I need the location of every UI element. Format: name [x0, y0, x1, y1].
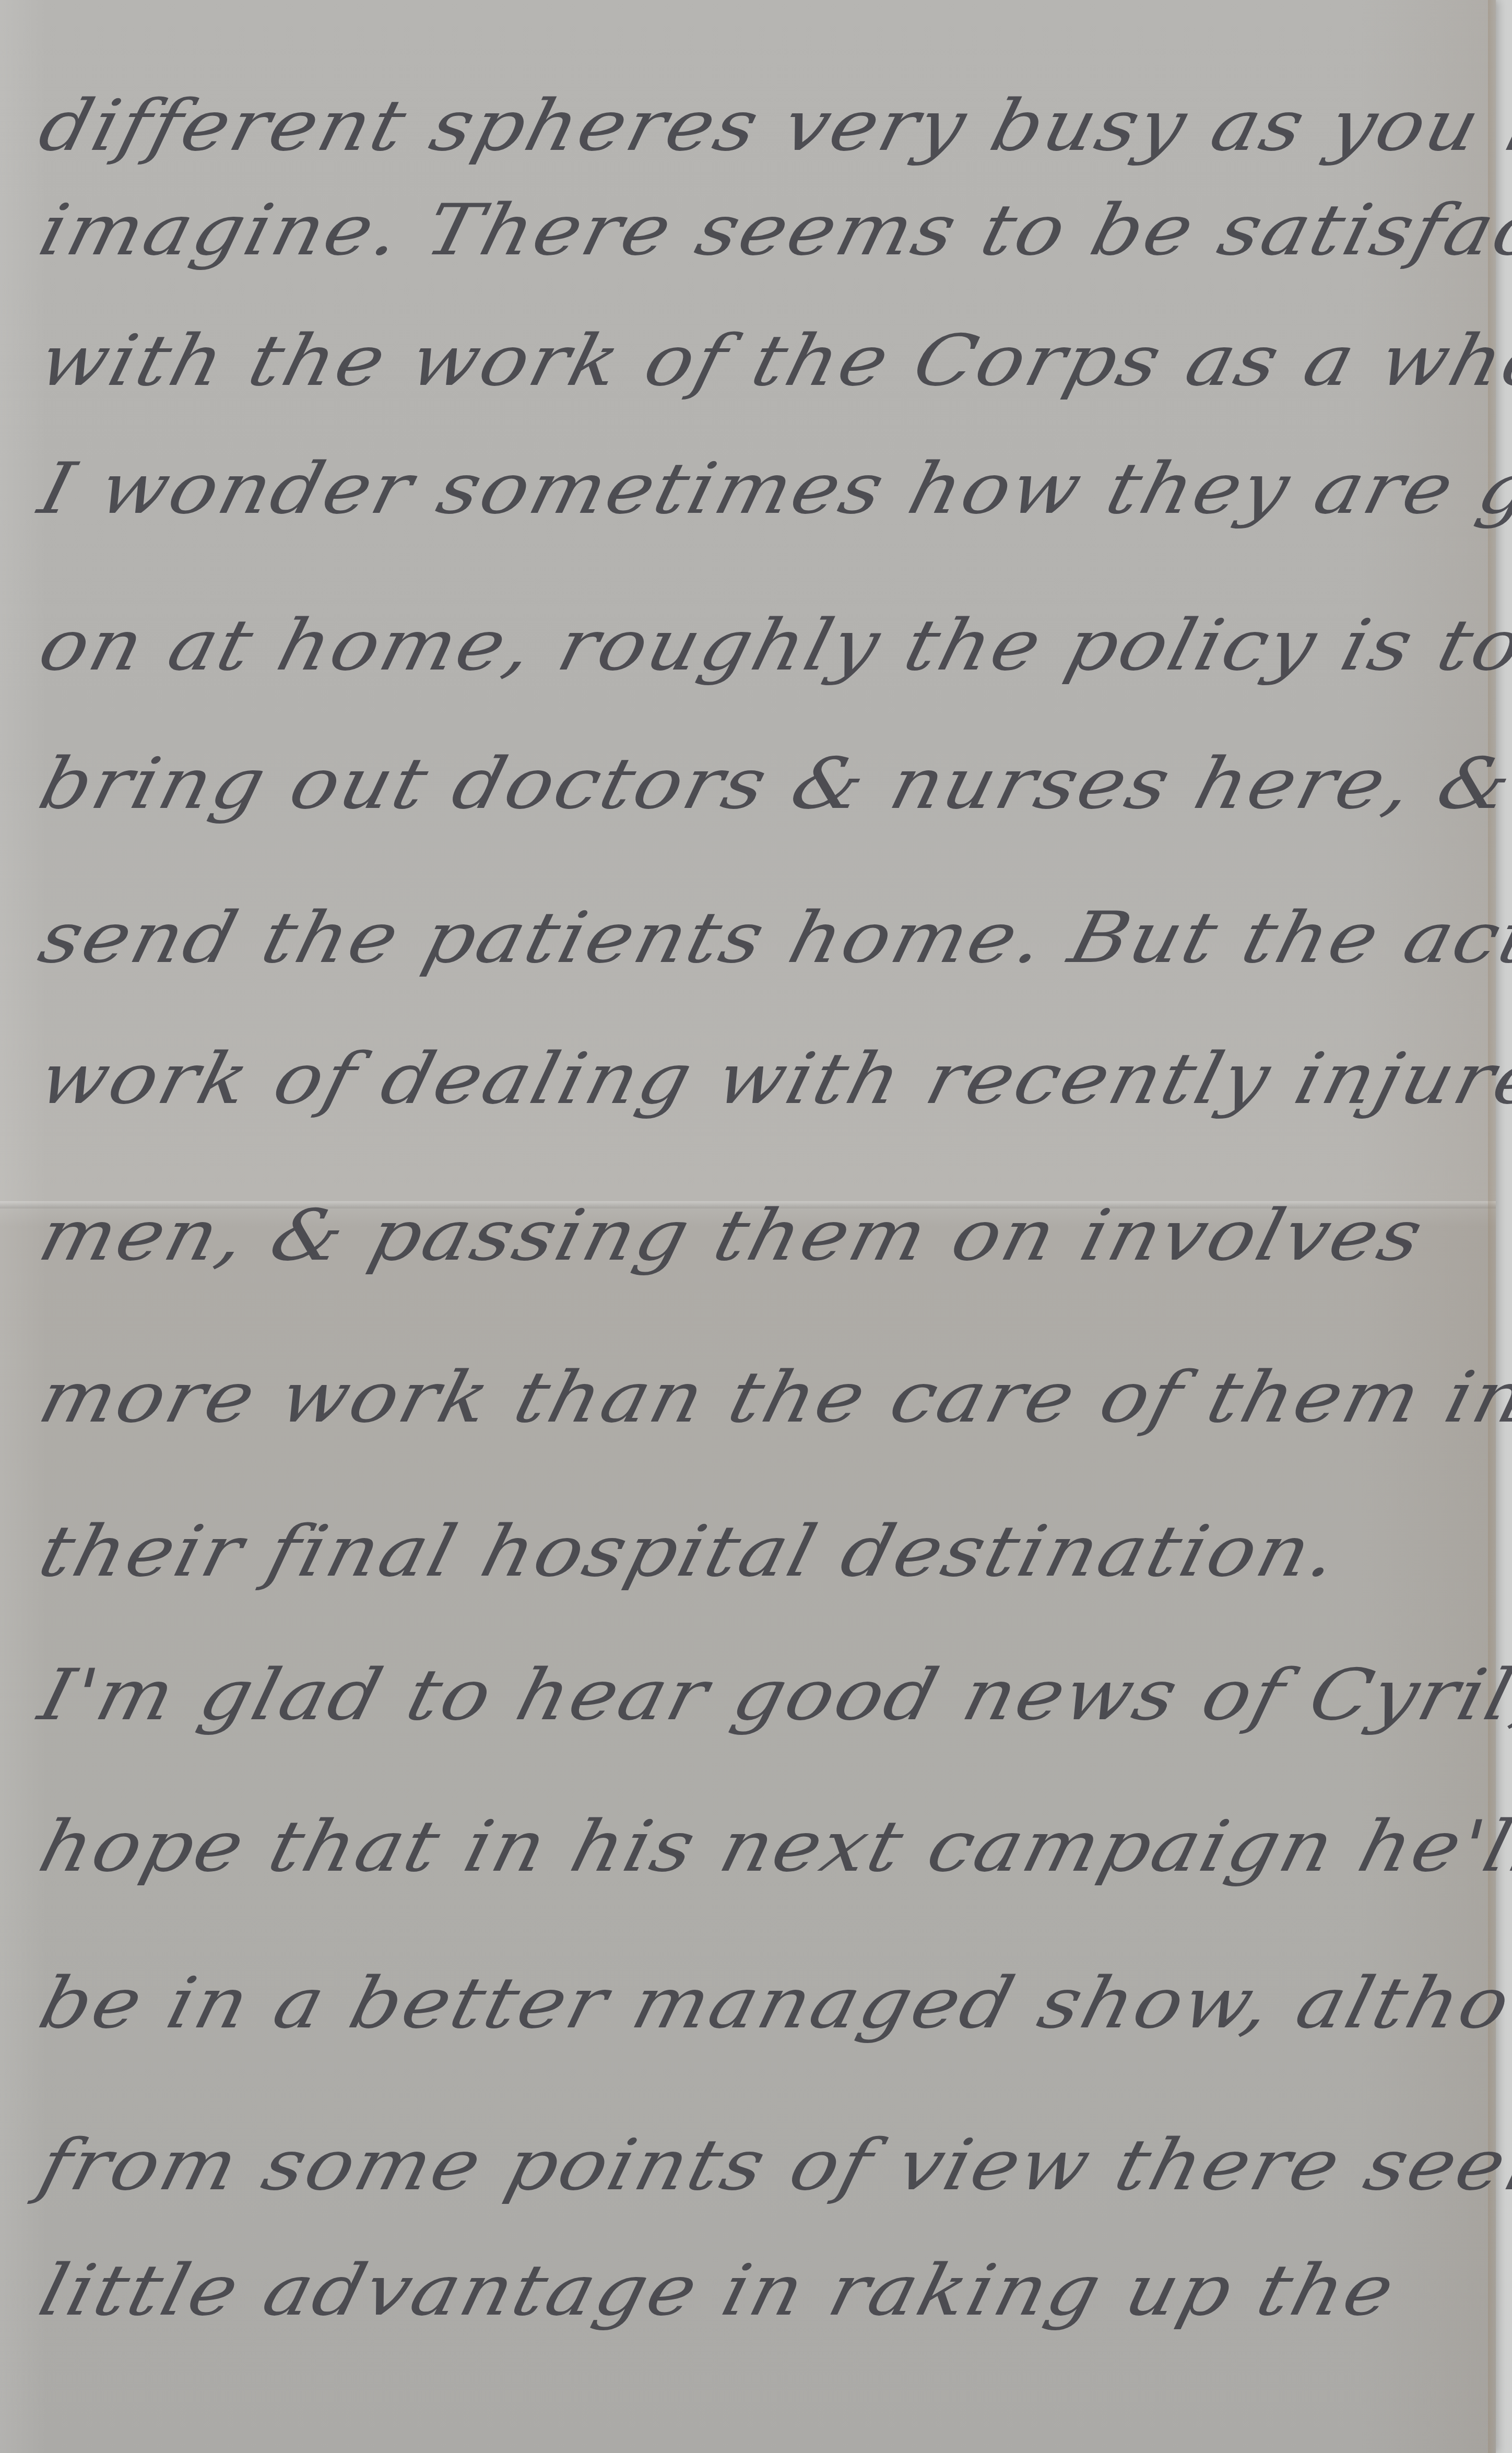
text-line: work of dealing with recently injured	[31, 1038, 1512, 1120]
text-line: more work than the care of them in	[31, 1356, 1512, 1438]
text-line: be in a better managed show, altho'	[31, 1962, 1512, 2044]
text-line: hope that in his next campaign he'll	[31, 1805, 1512, 1887]
text-line: different spheres very busy as you may	[31, 85, 1512, 167]
text-line: send the patients home. But the actual	[31, 897, 1512, 979]
text-line: imagine. There seems to be satisfaction	[31, 189, 1512, 271]
text-line: their final hospital destination.	[31, 1510, 1348, 1592]
text-line: bring out doctors & nurses here, & to	[31, 743, 1512, 825]
text-line: men, & passing them on involves	[31, 1194, 1432, 1276]
text-line: I wonder sometimes how they are getting	[31, 448, 1512, 530]
text-line: with the work of the Corps as a whole,	[31, 320, 1512, 402]
text-line: from some points of view there seems	[31, 2124, 1512, 2206]
letter-photo: different spheres very busy as you may i…	[0, 0, 1512, 2453]
text-line: I'm glad to hear good news of Cyril, &	[31, 1654, 1512, 1736]
text-line: little advantage in raking up the	[31, 2249, 1404, 2331]
handwritten-text: different spheres very busy as you may i…	[0, 0, 1496, 2453]
text-line: on at home, roughly the policy is to	[31, 604, 1512, 686]
